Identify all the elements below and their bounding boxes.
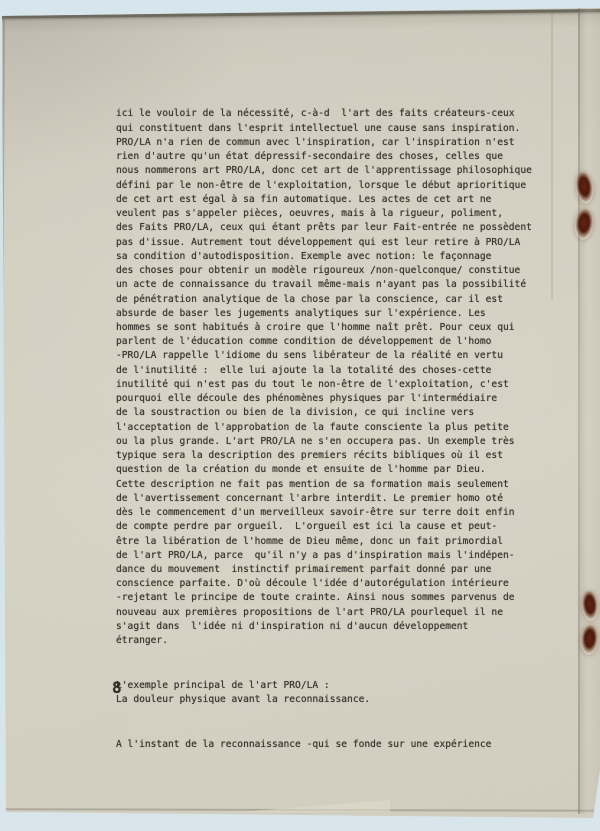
text-line: parlent de l'éducation comme condition d…	[116, 335, 546, 349]
paragraph-example-heading: L'exemple principal de l'art PRO/LA :La …	[116, 679, 546, 707]
text-line: pourquoi elle découle des phénomènes phy…	[116, 392, 546, 406]
left-edge-smudge	[0, 786, 6, 806]
text-line: conscience parfaite. D'où découle l'idée…	[116, 577, 546, 591]
text-line: nous nommerons art PRO/LA, donc cet art …	[116, 164, 546, 178]
text-line: de pénétration analytique de la chose pa…	[116, 293, 546, 307]
text-line: défini par le non-être de l'exploitation…	[116, 179, 546, 193]
text-line: s'agit dans l'idée ni d'inspiration ni d…	[116, 620, 546, 634]
text-line: de l'avertissement concernant l'arbre in…	[116, 492, 546, 506]
text-line: de cet art est égal à sa fin automatique…	[116, 193, 546, 207]
text-line: dance du mouvement instinctif primaireme…	[116, 563, 546, 577]
text-line: nouveau aux premières propositions de l'…	[116, 606, 546, 620]
text-line: -PRO/LA rappelle l'idiome du sens libéra…	[116, 349, 546, 363]
text-block: ici le vouloir de la nécessité, c-à-d l'…	[116, 79, 546, 780]
text-line: -rejetant le principe de toute crainte. …	[116, 591, 546, 605]
text-line: pas d'issue. Autrement tout développemen…	[116, 236, 546, 250]
text-line: des Faits PRO/LA, ceux qui étant prêts p…	[116, 221, 546, 235]
faint-crease-line	[551, 10, 553, 300]
photo-background: ici le vouloir de la nécessité, c-à-d l'…	[0, 0, 600, 831]
left-edge-line	[0, 15, 4, 813]
text-line: La douleur physique avant la reconnaissa…	[116, 693, 546, 707]
text-line: être la libération de l'homme de Dieu mê…	[116, 535, 546, 549]
text-line: ou la plus grande. L'art PRO/LA ne s'en …	[116, 435, 546, 449]
text-line: A l'instant de la reconnaissance -qui se…	[116, 738, 546, 752]
text-line: typique sera la description des premiers…	[116, 449, 546, 463]
paragraph-main: ici le vouloir de la nécessité, c-à-d l'…	[116, 107, 546, 648]
text-line: étranger.	[116, 634, 546, 648]
text-line: des choses pour obtenir un modèle rigour…	[116, 264, 546, 278]
text-line: un acte de connaissance du travail même-…	[116, 278, 546, 292]
text-line: de la soustraction ou bien de la divisio…	[116, 406, 546, 420]
text-line: hommes se sont habitués à croire que l'h…	[116, 321, 546, 335]
text-line: qui constituent dans l'esprit intellectu…	[116, 122, 546, 136]
text-line: inutilité qui n'est pas du tout le non-ê…	[116, 378, 546, 392]
text-line: ici le vouloir de la nécessité, c-à-d l'…	[116, 107, 546, 121]
text-line: de l'art PRO/LA, parce qu'il n'y a pas d…	[116, 549, 546, 563]
text-line: sa condition d'autodisposition. Exemple …	[116, 250, 546, 264]
text-line: dès le commencement d'un merveilleux sav…	[116, 506, 546, 520]
right-fold-strip	[580, 6, 600, 814]
page-number: 8	[112, 678, 122, 697]
paragraph-closing: A l'instant de la reconnaissance -qui se…	[116, 738, 546, 752]
text-line: absurde de baser les jugements analytiqu…	[116, 307, 546, 321]
text-line: Cette description ne fait pas mention de…	[116, 478, 546, 492]
text-line: veulent pas s'appeler pièces, oeuvres, m…	[116, 207, 546, 221]
spine-crease	[578, 8, 580, 814]
paper-sheet: ici le vouloir de la nécessité, c-à-d l'…	[0, 0, 600, 831]
text-line: de compte perdre par orgueil. L'orgueil …	[116, 520, 546, 534]
text-line: l'acceptation de l'approbation de la fau…	[116, 421, 546, 435]
text-line: L'exemple principal de l'art PRO/LA :	[116, 679, 546, 693]
text-line: rien d'autre qu'un état dépressif-second…	[116, 150, 546, 164]
text-line: question de la création du monde et ensu…	[116, 463, 546, 477]
text-line: PRO/LA n'a rien de commun avec l'inspira…	[116, 136, 546, 150]
text-line: de l'inutilité : elle lui ajoute la la t…	[116, 364, 546, 378]
